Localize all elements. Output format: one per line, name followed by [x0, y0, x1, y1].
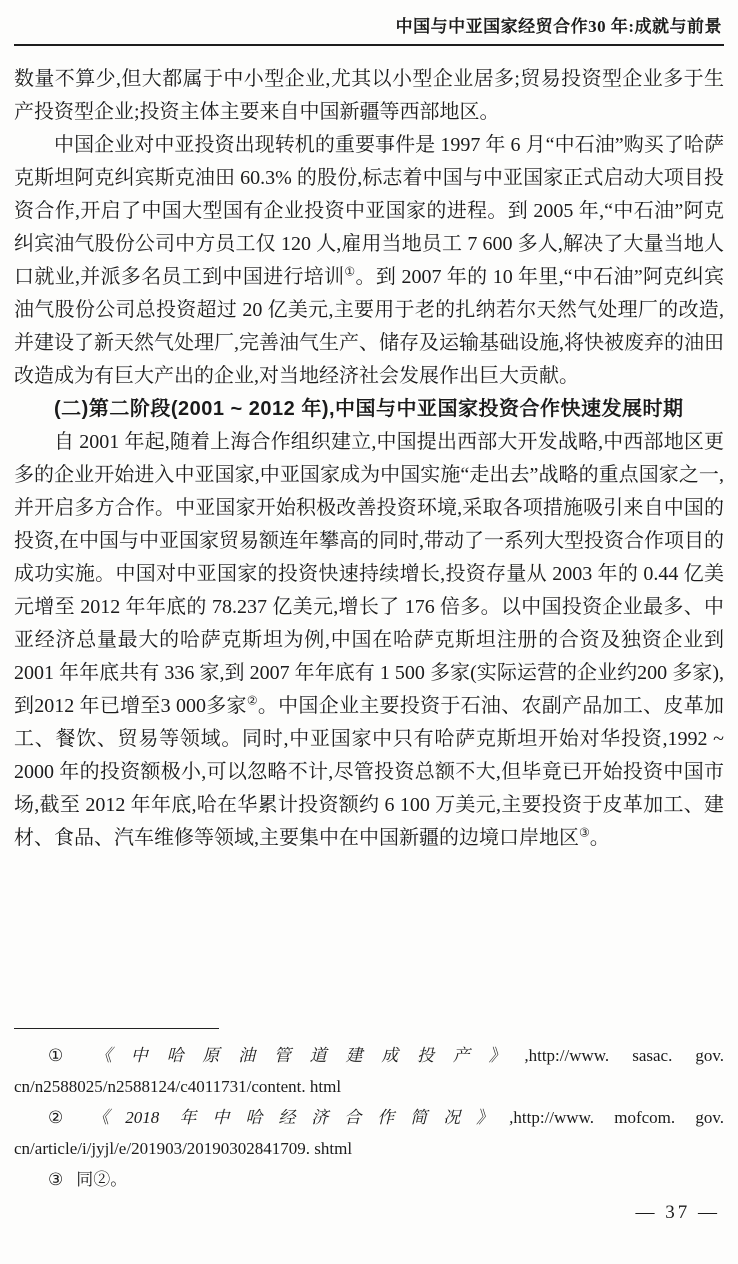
header-rule — [14, 44, 724, 46]
running-title: 中国与中亚国家经贸合作30 年:成就与前景 — [14, 14, 724, 40]
page-footer: ①《中哈原油管道建成投产》,http://www. sasac. gov. cn… — [14, 1028, 724, 1224]
footnotes: ①《中哈原油管道建成投产》,http://www. sasac. gov. cn… — [14, 1040, 724, 1195]
page-body: 数量不算少,但大都属于中小型企业,尤其以小型企业居多;贸易投资型企业多于生产投资… — [14, 63, 724, 855]
footnote-2: ②《2018 年中哈经济合作简况》,http://www. mofcom. go… — [14, 1102, 724, 1164]
paragraph-3: 自 2001 年起,随着上海合作组织建立,中国提出西部大开发战略,中西部地区更多… — [14, 426, 724, 855]
footnote-3-marker: ③ — [48, 1170, 63, 1189]
paragraph-3-text-a: 自 2001 年起,随着上海合作组织建立,中国提出西部大开发战略,中西部地区更多… — [14, 431, 724, 717]
book-page: 中国与中亚国家经贸合作30 年:成就与前景 数量不算少,但大都属于中小型企业,尤… — [0, 0, 738, 1264]
footnote-1: ①《中哈原油管道建成投产》,http://www. sasac. gov. cn… — [14, 1040, 724, 1102]
footnote-ref-2: ② — [247, 693, 258, 707]
paragraph-1-text: 数量不算少,但大都属于中小型企业,尤其以小型企业居多;贸易投资型企业多于生产投资… — [14, 68, 724, 123]
paragraph-2-text-a: 中国企业对中亚投资出现转机的重要事件是 1997 年 6 月“中石油”购买了哈萨… — [14, 134, 724, 288]
footnote-1-marker: ① — [48, 1046, 82, 1065]
paragraph-2: 中国企业对中亚投资出现转机的重要事件是 1997 年 6 月“中石油”购买了哈萨… — [14, 129, 724, 393]
footnote-ref-1: ① — [344, 264, 355, 278]
paragraph-3-text-c: 。 — [590, 827, 610, 849]
page-number: — 37 — — [14, 1202, 724, 1224]
paragraph-1: 数量不算少,但大都属于中小型企业,尤其以小型企业居多;贸易投资型企业多于生产投资… — [14, 63, 724, 129]
footnote-divider — [14, 1028, 219, 1029]
footnote-2-marker: ② — [48, 1108, 79, 1127]
footnote-3-text: 同②。 — [76, 1170, 127, 1189]
footnote-3: ③同②。 — [14, 1164, 724, 1195]
footnote-1-title: 《中哈原油管道建成投产》, — [95, 1046, 529, 1065]
section-heading: (二)第二阶段(2001 ~ 2012 年),中国与中亚国家投资合作快速发展时期 — [14, 393, 724, 426]
page-header: 中国与中亚国家经贸合作30 年:成就与前景 — [14, 14, 724, 46]
footnote-ref-3: ③ — [579, 825, 590, 839]
paragraph-3-text-b: 。中国企业主要投资于石油、农副产品加工、皮革加工、餐饮、贸易等领域。同时,中亚国… — [14, 695, 724, 849]
footnote-2-title: 《2018 年中哈经济合作简况》, — [92, 1108, 513, 1127]
